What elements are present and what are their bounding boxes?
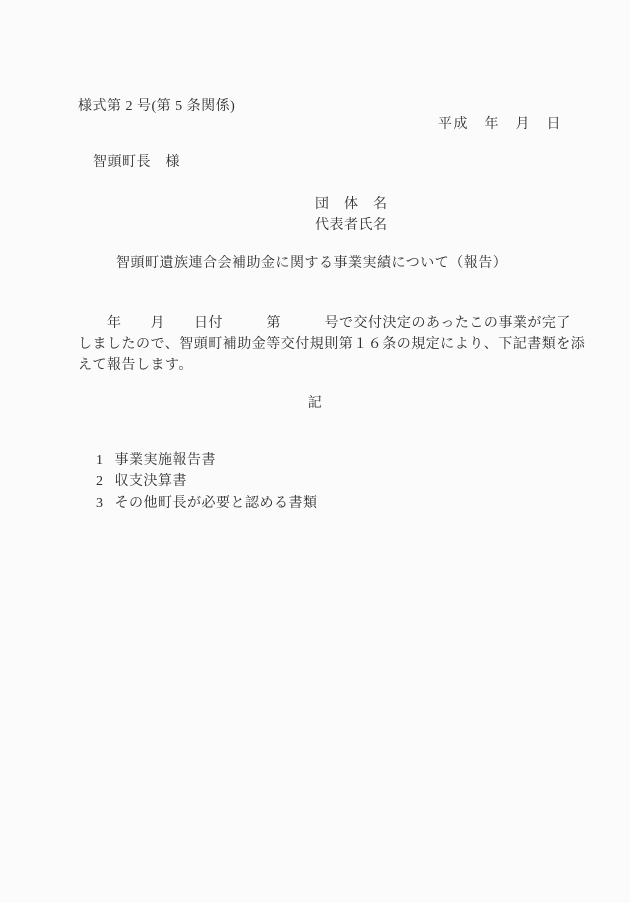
date-line: 平成 年 月 日 <box>438 117 562 133</box>
attachment-item-3-number: 3 <box>96 496 104 511</box>
document-page: 様式第 2 号(第 5 条関係) 平成 年 月 日 智頭町長 様 団 体 名 代… <box>0 0 630 903</box>
document-title: 智頭町遺族連合会補助金に関する事業実績について（報告） <box>116 256 507 272</box>
form-number: 様式第 2 号(第 5 条関係) <box>78 99 235 115</box>
attachment-item-3-label: その他町長が必要と認める書類 <box>115 496 318 511</box>
body-paragraph-line-1: 年 月 日付 第 号で交付決定のあったこの事業が完了 <box>78 316 571 332</box>
representative-name-label: 代表者氏名 <box>315 218 388 234</box>
body-paragraph-line-2: しましたので、智頭町補助金等交付規則第１６条の規定により、下記書類を添 <box>78 337 585 353</box>
addressee-line: 智頭町長 様 <box>93 155 180 171</box>
note-heading: 記 <box>0 396 630 412</box>
attachment-item-3: 3その他町長が必要と認める書類 <box>80 480 318 528</box>
body-paragraph-line-3: えて報告します。 <box>78 358 193 374</box>
org-name-label: 団 体 名 <box>315 197 388 213</box>
